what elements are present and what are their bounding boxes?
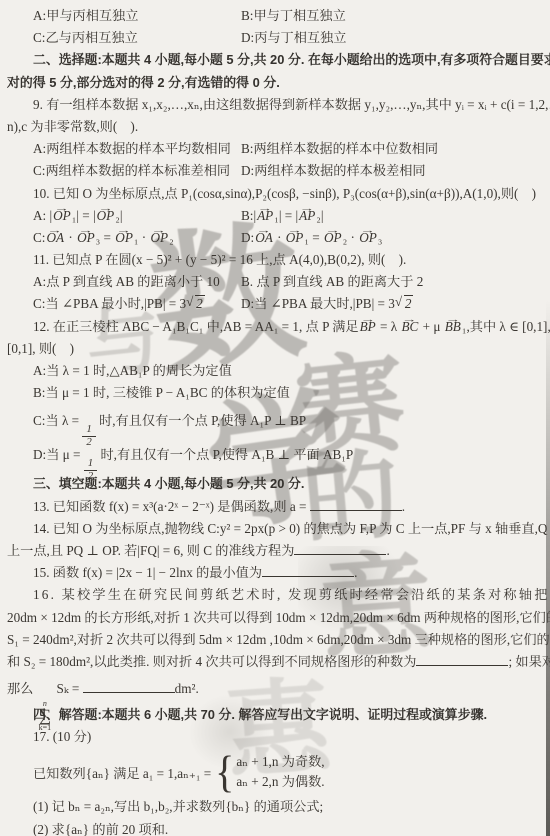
- exam-paper-page: { "page": { "background": "#f2f0ec", "te…: [0, 0, 550, 836]
- q12-option-d: D:当 μ = 12 时,有且仅有一个点 P,使得 A₁B ⊥ 平面 AB₁P: [7, 437, 544, 473]
- case-odd: aₙ + 1,n 为奇数,: [236, 755, 324, 770]
- q8-option-row-2: C:乙与丙相互独立D:丙与丁相互独立: [7, 27, 544, 49]
- document-body: A:甲与丙相互独立B:甲与丁相互独立C:乙与丙相互独立D:丙与丁相互独立二、选择…: [0, 0, 550, 836]
- q17-number: 17. (10 分): [7, 726, 544, 748]
- q9-stem-line-2: n),c 为非零常数,则( ).: [7, 116, 544, 138]
- option-left: A:点 P 到直线 AB 的距离小于 10: [33, 271, 241, 293]
- q12-option-b: B:当 μ = 1 时, 三棱锥 P − A₁BC 的体积为定值: [7, 382, 544, 404]
- q9-stem-line-1: 9. 有一组样本数据 x₁,x₂,…,xₙ,由这组数据得到新样本数据 y₁,y₂…: [7, 94, 544, 116]
- q14-stem-line-2: 上一点,且 PQ ⊥ OP. 若|FQ| = 6, 则 C 的准线方程为.: [7, 540, 544, 562]
- option-left: C:当 ∠PBA 最小时,|PB| = 32: [33, 293, 241, 315]
- section-2-header-line-2: 对的得 5 分,部分选对的得 2 分,有选错的得 0 分.: [7, 72, 544, 94]
- section-3-header: 三、填空题:本题共 4 小题,每小题 5 分,共 20 分.: [7, 473, 544, 495]
- option-right: B. 点 P 到直线 AB 的距离大于 2: [241, 271, 544, 293]
- q11-stem: 11. 已知点 P 在圆(x − 5)² + (y − 5)² = 16 上,点…: [7, 249, 544, 271]
- option-left: C:OA · OP₃ = OP₁ · OP₂: [33, 227, 241, 249]
- cases-lead-text: 已知数列{aₙ} 满足 a₁ = 1,aₙ₊₁ =: [33, 763, 211, 782]
- q13-stem: 13. 已知函数 f(x) = x³(a·2ˣ − 2⁻ˣ) 是偶函数,则 a …: [7, 496, 544, 518]
- q10-option-row-2: C:OA · OP₃ = OP₁ · OP₂D:OA · OP₁ = OP₂ ·…: [7, 227, 544, 249]
- q16-stem-line-2: 20dm × 12dm 的长方形纸,对折 1 次共可以得到 10dm × 12d…: [7, 607, 544, 629]
- q12-option-c: C:当 λ = 12 时,有且仅有一个点 P,使得 A₁P ⊥ BP: [7, 404, 544, 437]
- q16-stem-line-1: 16. 某校学生在研究民间剪纸艺术时, 发现剪纸时经常会沿纸的某条对称轴把纸对折…: [7, 584, 544, 606]
- q17-part-2: (2) 求{aₙ} 的前 20 项和.: [7, 819, 544, 836]
- option-left: A:甲与丙相互独立: [33, 5, 241, 27]
- section-4-header: 四、解答题:本题共 6 小题,共 70 分. 解答应写出文字说明、证明过程或演算…: [7, 704, 544, 726]
- option-right: D:丙与丁相互独立: [241, 27, 544, 49]
- cases-brace: {: [215, 750, 234, 795]
- scan-edge-shadow: [546, 300, 550, 836]
- q15-stem: 15. 函数 f(x) = |2x − 1| − 2lnx 的最小值为.: [7, 562, 544, 584]
- q14-stem-line-1: 14. 已知 O 为坐标原点,抛物线 C:y² = 2px(p > 0) 的焦点…: [7, 518, 544, 540]
- q12-option-a: A:当 λ = 1 时,△AB₁P 的周长为定值: [7, 360, 544, 382]
- option-left: C:乙与丙相互独立: [33, 27, 241, 49]
- option-right: B:甲与丁相互独立: [241, 5, 544, 27]
- q17-sequence-formula: 已知数列{aₙ} 满足 a₁ = 1,aₙ₊₁ = {aₙ + 1,n 为奇数,…: [7, 748, 544, 796]
- q8-option-row-1: A:甲与丙相互独立B:甲与丁相互独立: [7, 5, 544, 27]
- case-even: aₙ + 2,n 为偶数.: [236, 775, 324, 790]
- q11-option-row-1: A:点 P 到直线 AB 的距离小于 10B. 点 P 到直线 AB 的距离大于…: [7, 271, 544, 293]
- option-right: D:OA · OP₁ = OP₂ · OP₃: [241, 227, 544, 249]
- cases-column: aₙ + 1,n 为奇数,aₙ + 2,n 为偶数.: [236, 755, 324, 789]
- q16-stem-line-3: S₁ = 240dm²,对折 2 次共可以得到 5dm × 12dm ,10dm…: [7, 629, 544, 651]
- q12-stem-line-1: 12. 在正三棱柱 ABC − A₁B₁C₁ 中,AB = AA₁ = 1, 点…: [7, 316, 544, 338]
- q17-part-1: (1) 记 bₙ = a₂ₙ,写出 b₁,b₂,并求数列{bₙ} 的通项公式;: [7, 796, 544, 818]
- q16-stem-line-5: 那么 n∑k=1 Sₖ = dm².: [7, 673, 544, 704]
- section-2-header-line-1: 二、选择题:本题共 4 小题,每小题 5 分,共 20 分. 在每小题给出的选项…: [7, 49, 544, 71]
- q9-option-row-1: A:两组样本数据的样本平均数相同B:两组样本数据的样本中位数相同: [7, 138, 544, 160]
- option-left: A:两组样本数据的样本平均数相同: [33, 138, 241, 160]
- q16-stem-line-4: 和 S₂ = 180dm²,以此类推. 则对折 4 次共可以得到不同规格图形的种…: [7, 651, 544, 673]
- option-right: B:两组样本数据的样本中位数相同: [241, 138, 544, 160]
- q9-option-row-2: C:两组样本数据的样本标准差相同D:两组样本数据的样本极差相同: [7, 160, 544, 182]
- option-right: D:两组样本数据的样本极差相同: [241, 160, 544, 182]
- q12-stem-line-2: [0,1], 则( ): [7, 338, 544, 360]
- option-left: C:两组样本数据的样本标准差相同: [33, 160, 241, 182]
